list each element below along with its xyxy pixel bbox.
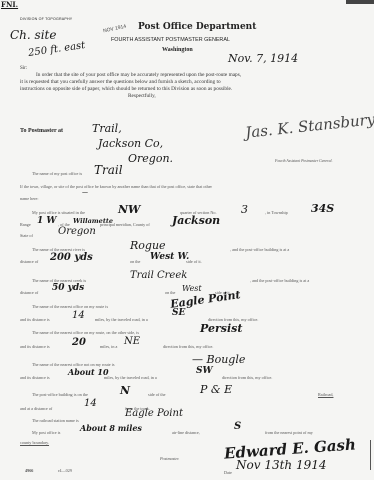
received-stamp: NOV 1914 — [103, 24, 127, 35]
route-distance-label: and its distance is — [20, 317, 50, 322]
railroad-suffix: Railroad, — [318, 392, 333, 397]
address-label: To Postmaster at — [20, 128, 63, 134]
river-distance-value: 200 yds — [50, 252, 93, 263]
creek-side-value: West — [182, 284, 202, 293]
range-label: Range — [20, 222, 31, 227]
letter-line-1: In order that the site of your post offi… — [36, 72, 241, 78]
railroad-side-label: The post-office building is on the — [32, 392, 88, 397]
creek-value: Trail Creek — [130, 270, 187, 281]
document-page: FNI. DIVISION OF TOPOGRAPHY Ch. site 250… — [0, 0, 374, 480]
boundary-suffix: from the nearest point of my — [265, 430, 313, 435]
form-number: 4966 — [25, 468, 33, 473]
print-code: r4—029 — [58, 468, 72, 473]
railroad-side-value: N — [120, 384, 130, 397]
signature-fourth-assistant: Jas. K. Stansbury — [244, 110, 374, 142]
quarter-value: NW — [118, 203, 140, 216]
county-value: Jackson — [172, 214, 220, 227]
letter-date: Nov. 7, 1914 — [228, 52, 298, 65]
railroad-side-mid: side of the — [148, 392, 165, 397]
river-distance-label: distance of — [20, 259, 38, 264]
meridian-suffix: principal meridian, County of — [100, 222, 150, 227]
boundary-direction-value: S — [234, 421, 241, 432]
not-route-distance-value: About 10 — [68, 367, 109, 377]
township-label: , in Township — [265, 210, 288, 215]
handwritten-note-site: Ch. site — [10, 28, 56, 42]
range-value: 1 W — [37, 216, 57, 226]
boundary-label: My post office is — [32, 430, 60, 435]
river-side-value: West W. — [150, 252, 189, 262]
river-suffix: , and the post-office building is at a — [230, 247, 289, 252]
other-side-value: Persist — [200, 322, 242, 335]
not-route-direction-suffix: direction from this, my office. — [222, 375, 272, 380]
track-distance-label: and at a distance of — [20, 406, 52, 411]
footer-date: Nov 13th 1914 — [236, 458, 327, 472]
state-value: Oregon — [58, 226, 96, 237]
scan-edge-line — [370, 440, 371, 470]
address-line-3: Oregon. — [128, 152, 173, 165]
office-title: FOURTH ASSISTANT POSTMASTER GENERAL — [111, 37, 230, 43]
boundary-suffix-2: county boundary. — [20, 440, 49, 445]
creek-distance-value: 50 yds — [52, 283, 84, 293]
not-route-distance-label: and its distance is — [20, 375, 50, 380]
other-direction-suffix: direction from this, my office. — [163, 344, 213, 349]
not-route-direction-value: SW — [196, 366, 213, 376]
railroad-value: P & E — [200, 383, 232, 396]
other-distance-value: 20 — [72, 337, 86, 348]
city-title: Washington — [162, 47, 193, 53]
quarter-label: My post office is situated in the — [32, 210, 85, 215]
creek-side-label: on the — [165, 290, 175, 295]
route-distance-value: 14 — [72, 310, 85, 321]
other-name-label-2: name here: — [20, 196, 38, 201]
scan-edge-mark — [346, 0, 374, 4]
boundary-mid: air-line distance, — [172, 430, 200, 435]
station-value: Eagle Point — [125, 408, 183, 419]
handwritten-note-distance: 250 ft. east — [28, 40, 86, 59]
nearest-route-label: The name of the nearest office on my rou… — [32, 304, 108, 309]
corner-mark: FNI. — [1, 0, 18, 9]
township-value: 34S — [311, 202, 334, 215]
river-side-suffix: side of it. — [186, 259, 202, 264]
section-value: 3 — [241, 203, 248, 216]
other-name-label: If the town, village, or site of the pos… — [20, 184, 212, 189]
letter-line-2: it is requested that you carefully answe… — [20, 79, 221, 85]
other-side-label: The name of the nearest office on my rou… — [32, 330, 139, 335]
date-label: Date — [224, 470, 232, 475]
state-label: State of — [20, 233, 33, 238]
route-direction-value: SE — [172, 308, 185, 318]
other-direction-value: NE — [124, 336, 140, 347]
other-name-value: — — [82, 189, 88, 196]
river-side-label: on the — [130, 259, 140, 264]
letter-line-3: instructions on opposite side of paper, … — [20, 86, 232, 92]
route-distance-mid: miles, by the traveled road, in a — [95, 317, 148, 322]
other-distance-label: and its distance is — [20, 344, 50, 349]
creek-distance-label: distance of — [20, 290, 38, 295]
boundary-value: About 8 miles — [80, 423, 142, 433]
division-label: DIVISION OF TOPOGRAPHY — [20, 17, 72, 21]
post-office-name-label: The name of my post office is — [32, 171, 82, 176]
other-distance-mid: miles, in a — [100, 344, 117, 349]
track-distance-value: 14 — [84, 398, 97, 409]
not-route-distance-mid: miles, by the traveled road, in a — [104, 375, 157, 380]
post-office-name-value: Trail — [94, 163, 123, 177]
salutation: Sir: — [20, 66, 27, 71]
department-title: Post Office Department — [138, 22, 256, 32]
closing: Respectfully, — [128, 93, 156, 99]
river-value: Rogue — [130, 239, 166, 252]
not-route-value: — Bougle — [192, 353, 245, 366]
postmaster-label: Postmaster. — [160, 456, 179, 461]
address-line-1: Trail, — [92, 122, 122, 135]
creek-suffix: , and the post-office building is at a — [250, 278, 309, 283]
station-label: The railroad station name is — [32, 418, 79, 423]
signature-title: Fourth Assistant Postmaster General. — [275, 159, 333, 163]
address-line-2: Jackson Co, — [98, 137, 163, 150]
